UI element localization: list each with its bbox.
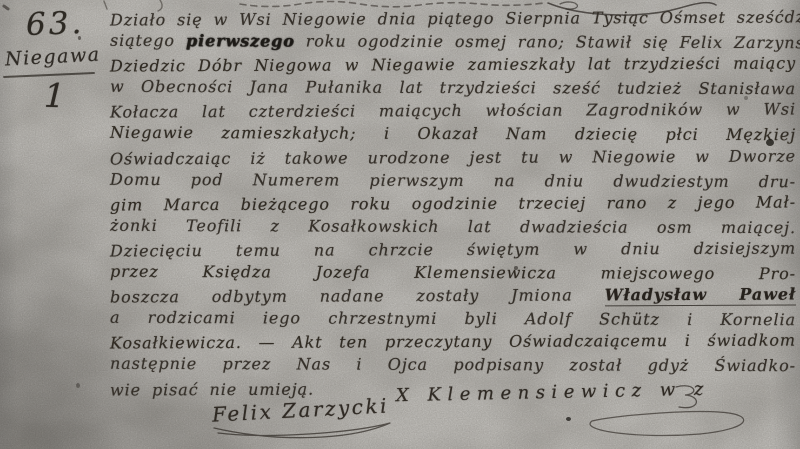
line13-start: boszcza odbytym nadane zostały Jmiona <box>110 286 573 307</box>
record-line-15: Kosałkiewicza. — Akt ten przeczytany Ośw… <box>110 329 796 355</box>
record-line-03: Dziedzic Dóbr Niegowa w Niegawie zamiesz… <box>110 52 796 78</box>
ink-speck <box>76 383 80 388</box>
ink-speck <box>78 36 81 40</box>
record-line-11: Dziecięciu temu na chrzcie świętym w dni… <box>110 236 796 262</box>
ink-speck <box>514 266 518 270</box>
record-line-05: Kołacza lat czterdzieści maiących włości… <box>110 98 796 124</box>
ink-speck <box>766 139 774 146</box>
scanned-birth-record: 63. Niegawa 1 Działo się w Wsi Niegowie … <box>0 0 800 449</box>
line02-rest: roku ogodzinie osmej rano; Stawił się Fe… <box>306 32 800 53</box>
margin-place-name: Niegawa <box>4 44 100 71</box>
record-text: Działo się w Wsi Niegowie dnia piątego S… <box>110 7 796 400</box>
record-line-09: gim Marca bieżącego roku ogodzinie trzec… <box>110 190 796 216</box>
record-line-14: a rodzicami iego chrzestnymi byli Adolf … <box>110 306 796 331</box>
record-line-16: następnie przez Nas i Ojca podpisany zos… <box>110 352 796 377</box>
line02-start: siątego <box>110 31 175 50</box>
record-line-06: Niegawie zamieszkałych; i Okazał Nam dzi… <box>110 121 796 146</box>
record-line-01: Działo się w Wsi Niegowie dnia piątego S… <box>110 6 796 32</box>
record-line-08: Domu pod Numerem pierwszym na dniu dwudz… <box>110 167 796 192</box>
priest-signature-flourish <box>590 412 744 436</box>
record-line-02: siątego pierwszego roku ogodzinie osmej … <box>110 29 796 54</box>
margin-entry-mark: 1 <box>43 76 65 116</box>
overwritten-word: pierwszego <box>186 31 295 50</box>
father-signature-flourish <box>214 423 390 438</box>
record-line-12: przez Księdza Jozefa Klemensiewicza miej… <box>110 260 796 285</box>
ink-speck <box>744 96 748 100</box>
ink-speck <box>566 417 571 421</box>
record-line-07: Oświadczaiąc iż takowe urodzone jest tu … <box>110 144 796 170</box>
record-line-13: boszcza odbytym nadane zostały Jmiona Wł… <box>110 283 796 309</box>
record-line-04: w Obecności Jana Pułanika lat trzydzieśc… <box>110 75 796 100</box>
act-number: 63. <box>25 5 85 43</box>
child-name-underlined: Władysław Paweł <box>605 285 796 307</box>
margin-annotations: 63. Niegawa 1 <box>0 0 108 449</box>
record-line-10: żonki Teofili z Kosałkowskich lat dwadzi… <box>110 214 796 239</box>
